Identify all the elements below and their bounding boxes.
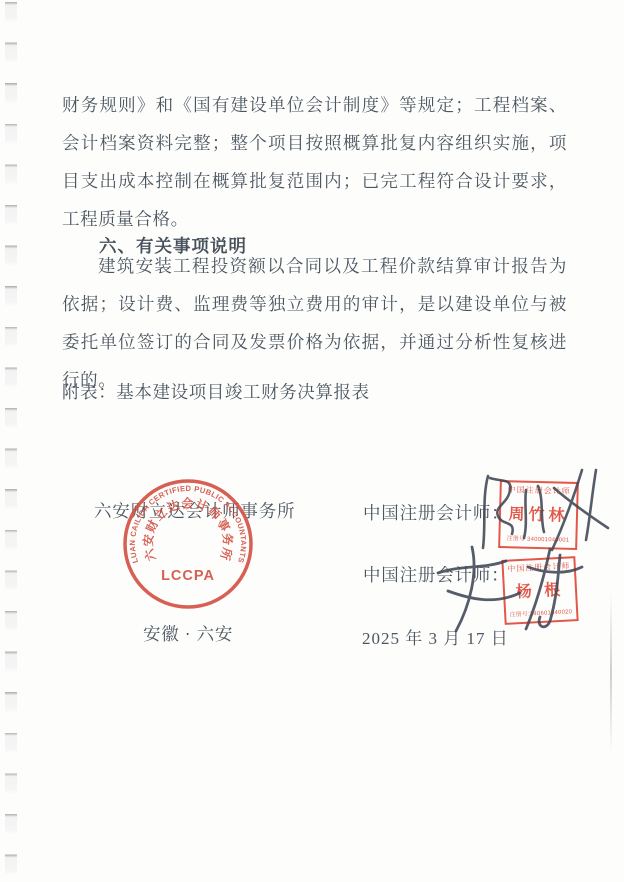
firm-seal: LUAN CAILIDA CERTIFIED PUBLIC ACCOUNTANT… [118,474,258,614]
cpa-label-first: 中国注册会计师： [363,501,509,525]
stamp-name: 杨 根 [515,580,564,603]
cpa-stamp-yang: 中国注册会计师 杨 根 注册号:340601040020 [501,556,578,625]
stamp-registration-number: 注册号:340601040020 [510,609,573,619]
paragraph-continuation: 财务规则》和《国有建设单位会计制度》等规定；工程档案、会计档案资料完整；整个项目… [62,86,567,238]
stamp-registration-number: 注册号 340001040001 [506,536,569,545]
stamp-name: 周竹林 [508,505,569,527]
stamp-title: 中国注册会计师 [507,561,570,574]
firm-location: 安徽 · 六安 [143,622,233,646]
cpa-stamp-zhou: 中国注册会计师 周竹林 注册号 340001040001 [498,480,579,550]
stamp-title: 中国注册会计师 [508,485,571,497]
seal-chinese-ring: 六安财立达会计师事务所 [140,495,236,563]
report-date: 2025 年 3 月 17 日 [362,627,509,651]
binding-holes [5,2,17,880]
seal-abbreviation: LCCPA [161,568,215,584]
cpa-label-second: 中国注册会计师： [363,563,509,587]
attachment-note: 附表：基本建设项目竣工财务决算报表 [62,373,567,411]
scanned-audit-report-page: 财务规则》和《国有建设单位会计制度》等规定；工程档案、会计档案资料完整；整个项目… [0,0,624,882]
page-edge-shadow [610,592,612,754]
